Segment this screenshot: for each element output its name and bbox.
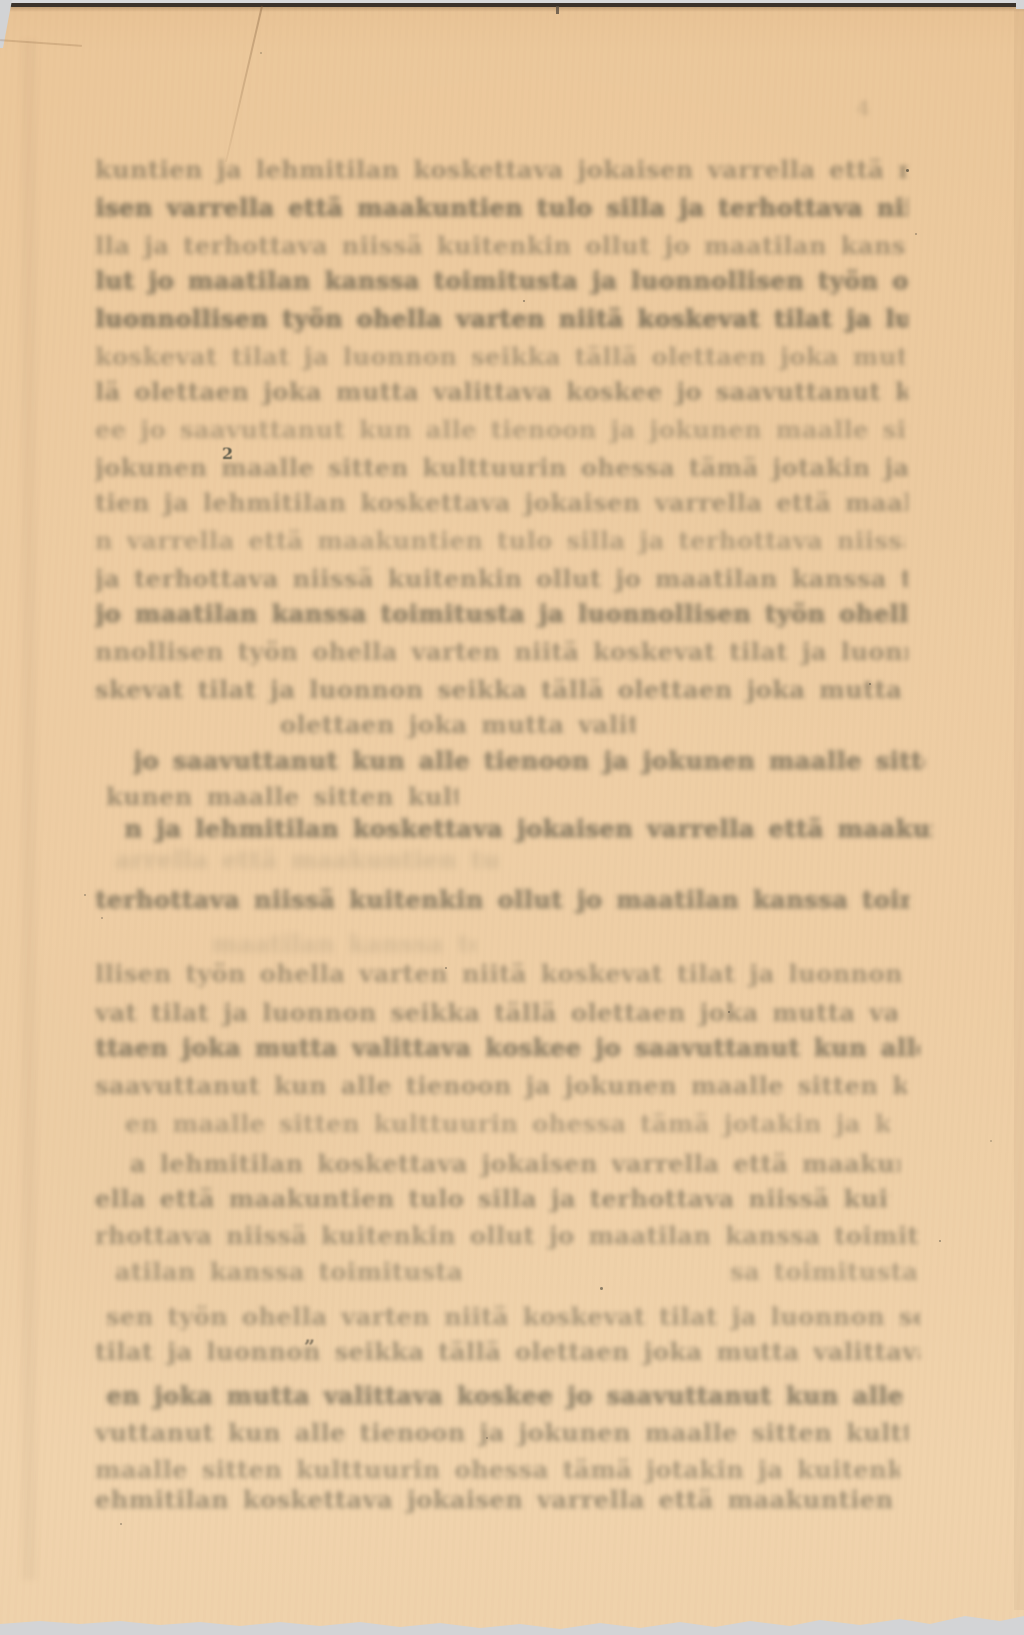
text-line: sa toimitusta ja luonnollise [730, 1259, 930, 1286]
text-line: kunen maalle sitten kulttuurin ohessa tä… [106, 784, 458, 811]
ink-speck [523, 300, 525, 302]
text-line: ja terhottava niissä kuitenkin ollut jo … [95, 566, 908, 593]
ink-speck [260, 52, 262, 54]
text-line: ella että maakuntien tulo silla ja terho… [95, 1186, 890, 1213]
text-line: sen työn ohella varten niitä koskevat ti… [106, 1304, 920, 1331]
ink-speck [869, 683, 871, 685]
margin-mark-numeral: 2 [222, 444, 233, 463]
page-number-smudge: 4 [856, 96, 870, 120]
ink-speck [445, 967, 447, 969]
text-line: lut jo maatilan kanssa toimitusta ja luo… [95, 268, 908, 295]
text-line: ee jo saavuttanut kun alle tienoon ja jo… [95, 417, 908, 444]
ink-speck [486, 1437, 488, 1439]
text-line: skevat tilat ja luonnon seikka tällä ole… [95, 677, 913, 704]
ink-speck [990, 1140, 992, 1142]
text-line: lla ja terhottava niissä kuitenkin ollut… [95, 233, 905, 260]
text-line: en joka mutta valittava koskee jo saavut… [106, 1383, 915, 1410]
text-line: tilat ja luonnon seikka tällä olettaen j… [95, 1339, 920, 1366]
text-line: lä olettaen joka mutta valittava koskee … [95, 379, 908, 406]
text-line: llisen työn ohella varten niitä koskevat… [95, 961, 910, 988]
text-line: terhottava niissä kuitenkin ollut jo maa… [95, 887, 910, 914]
text-line: luonnollisen työn ohella varten niitä ko… [95, 306, 908, 333]
ink-speck [728, 1011, 730, 1013]
text-line: olettaen joka mutta valittava koskee jo … [280, 712, 635, 739]
text-line: atilan kanssa toimitusta ja luonnollisen… [115, 1259, 467, 1286]
ink-speck [84, 894, 86, 896]
text-line: jokunen maalle sitten kulttuurin ohessa … [95, 455, 908, 482]
text-line: ehmitilan koskettava jokaisen varrella e… [95, 1487, 908, 1514]
ink-speck [101, 917, 103, 919]
text-line: ttaen joka mutta valittava koskee jo saa… [95, 1035, 920, 1062]
scanned-document-page: kuntien ja lehmitilan koskettava jokaise… [0, 0, 1024, 1635]
text-line: saavuttanut kun alle tienoon ja jokunen … [95, 1073, 907, 1100]
text-line: kuntien ja lehmitilan koskettava jokaise… [95, 157, 908, 184]
ink-speck [120, 1523, 122, 1525]
ghost-text-line: maatilan kanssa toimitusta ja luo [212, 931, 476, 958]
ink-speck [915, 233, 917, 235]
text-line: vuttanut kun alle tienoon ja jokunen maa… [95, 1420, 908, 1447]
text-line: nnollisen työn ohella varten niitä koske… [95, 639, 908, 666]
top-right-corner-gap [1016, 0, 1024, 9]
text-line: rhottava niissä kuitenkin ollut jo maati… [95, 1223, 920, 1250]
text-line: jo maatilan kanssa toimitusta ja luonnol… [95, 601, 908, 628]
text-line: vat tilat ja luonnon seikka tällä oletta… [95, 1000, 897, 1027]
left-margin-shading [22, 40, 36, 1580]
text-line: maalle sitten kulttuurin ohessa tämä jot… [95, 1457, 900, 1484]
text-line: tien ja lehmitilan koskettava jokaisen v… [95, 490, 908, 517]
top-edge-notch [556, 6, 559, 14]
ghost-text-line: arrella että maakuntien tulo silla ja te… [115, 847, 498, 874]
text-line: jo saavuttanut kun alle tienoon ja jokun… [133, 748, 925, 775]
text-line: n varrella että maakuntien tulo silla ja… [95, 528, 905, 555]
ink-speck [600, 1287, 603, 1290]
text-line: a lehmitilan koskettava jokaisen varrell… [130, 1151, 900, 1178]
text-line: n ja lehmitilan koskettava jokaisen varr… [124, 816, 933, 843]
text-line: koskevat tilat ja luonnon seikka tällä o… [95, 344, 905, 371]
ink-speck [939, 1240, 941, 1242]
ink-speck [906, 169, 909, 172]
right-edge-shading [1014, 10, 1024, 1610]
text-line: en maalle sitten kulttuurin ohessa tämä … [125, 1111, 890, 1138]
text-line: isen varrella että maakuntien tulo silla… [95, 195, 908, 222]
top-edge-shadow [10, 7, 1024, 12]
stray-quote-mark: ” [304, 1336, 315, 1358]
